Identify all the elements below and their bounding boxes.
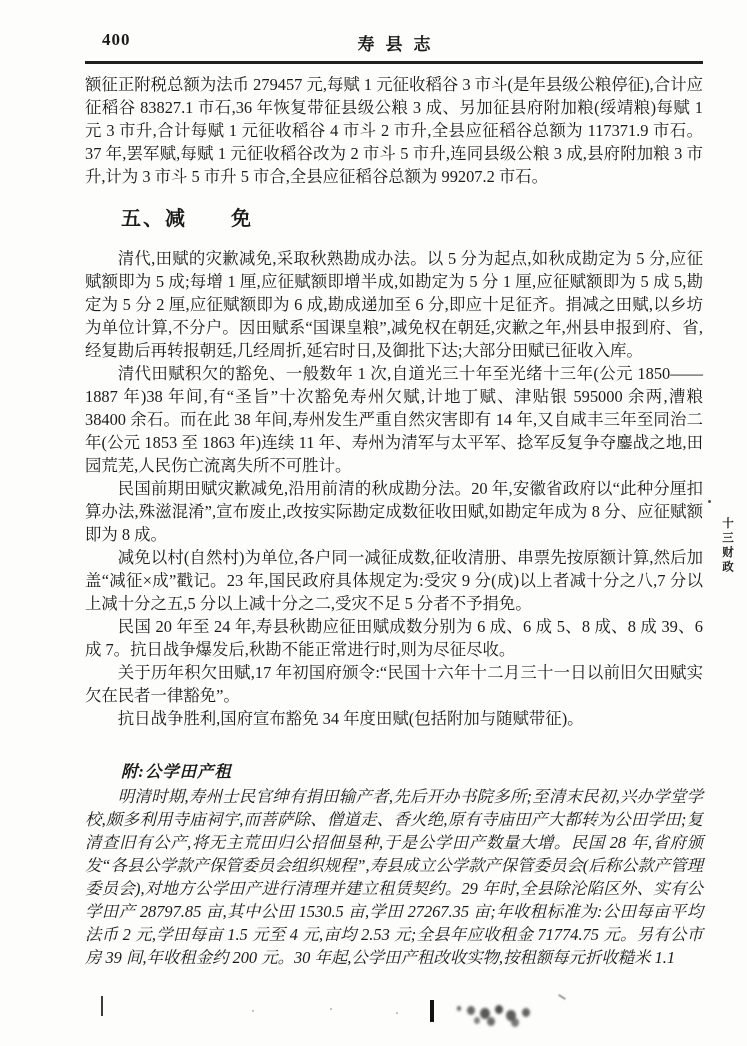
scan-dot — [708, 500, 711, 503]
header-rule — [85, 61, 703, 64]
body-paragraph: 清代田赋积欠的豁免、一般数年 1 次,自道光三十年至光绪十三年(公元 1850—… — [85, 362, 703, 477]
scanned-page: 400 寿县志 额征正附税总额为法币 279457 元,每赋 1 元征收稻谷 3… — [0, 0, 747, 1046]
book-title: 寿县志 — [85, 30, 703, 55]
scan-speck — [330, 1008, 332, 1010]
body-paragraph: 清代,田赋的灾歉减免,采取秋熟勘成办法。以 5 分为起点,如秋成勘定为 5 分,… — [85, 247, 703, 362]
continuation-paragraph: 额征正附税总额为法币 279457 元,每赋 1 元征收稻谷 3 市斗(是年县级… — [85, 73, 703, 188]
body-paragraph: 民国前期田赋灾歉减免,沿用前清的秋成勘分法。20 年,安徽省政府以“此种分厘扣算… — [85, 477, 703, 546]
margin-chapter-label: 十三财政 — [719, 517, 735, 575]
body-paragraph: 民国 20 年至 24 年,寿县秋勘应征田赋成数分别为 6 成、6 成 5、8 … — [85, 615, 703, 661]
appendix-heading: 附:公学田产租 — [121, 760, 703, 783]
scan-smudge — [457, 1006, 461, 1011]
scan-bar-mark — [430, 1000, 434, 1022]
body-paragraph: 减免以村(自然村)为单位,各户同一减征成数,征收清册、串票先按原额计算,然后加盖… — [85, 546, 703, 615]
scan-stray-mark — [558, 994, 566, 1000]
scan-tick-mark — [101, 996, 103, 1016]
section-heading: 五、减 免 — [121, 208, 703, 231]
appendix-paragraph: 明清时期,寿州士民官绅有捐田输产者,先后开办书院多所;至清末民初,兴办学堂学校,… — [85, 785, 703, 969]
body-paragraph: 关于历年积欠田赋,17 年初国府颁令:“民国十六年十二月三十一日以前旧欠田赋实欠… — [85, 661, 703, 707]
body-paragraph: 抗日战争胜利,国府宣布豁免 34 年度田赋(包括附加与随赋带征)。 — [85, 707, 703, 730]
scan-speck — [396, 1012, 398, 1014]
page-header: 400 寿县志 — [85, 30, 703, 56]
page-body: 额征正附税总额为法币 279457 元,每赋 1 元征收稻谷 3 市斗(是年县级… — [85, 73, 703, 969]
scan-speck — [252, 1010, 254, 1012]
